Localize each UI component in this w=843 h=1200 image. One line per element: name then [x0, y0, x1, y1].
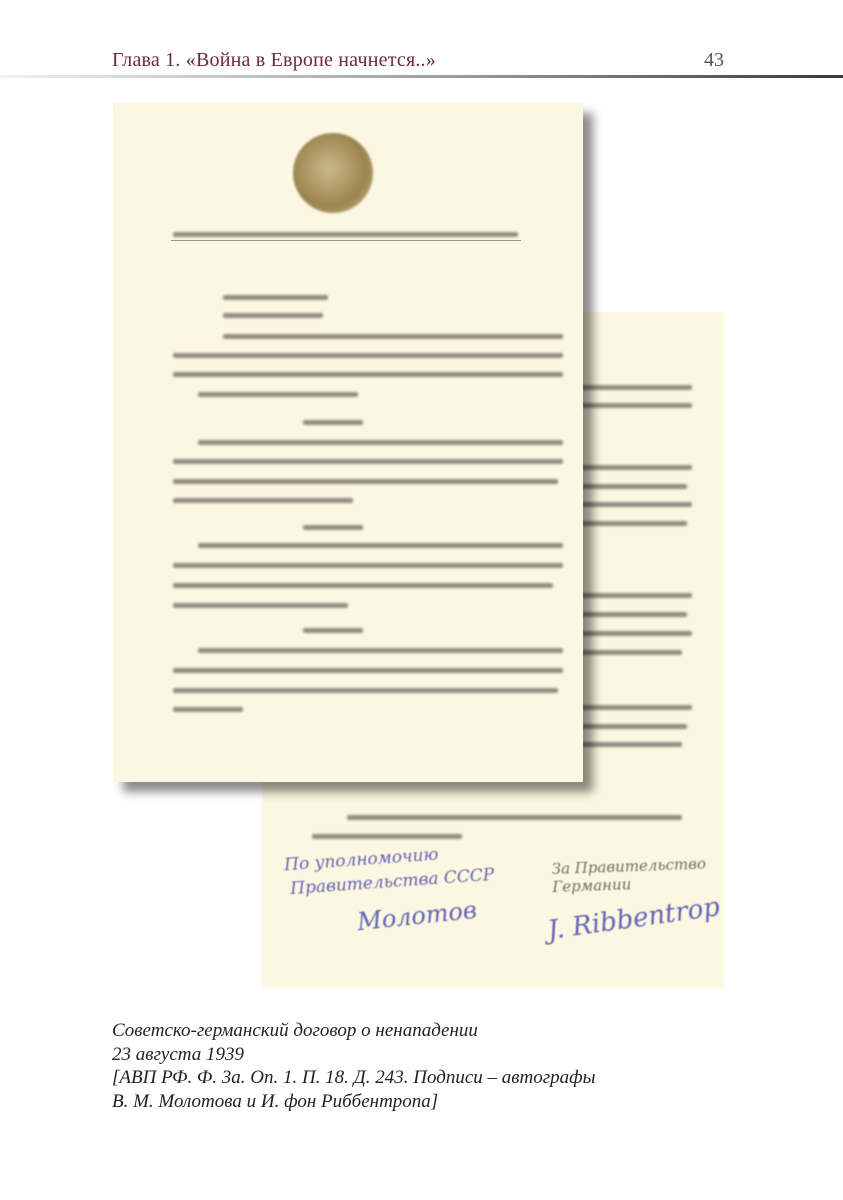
header-rule	[0, 75, 843, 78]
page-number: 43	[704, 49, 724, 72]
caption-line: [АВП РФ. Ф. 3а. Оп. 1. П. 18. Д. 243. По…	[112, 1066, 596, 1090]
signature-ribbentrop-note: За Правительство Германии	[551, 854, 724, 896]
caption-line: 23 августа 1939	[112, 1043, 596, 1067]
caption-line: В. М. Молотова и И. фон Риббентропа]	[112, 1090, 596, 1114]
ussr-emblem-icon	[293, 133, 373, 213]
signature-ribbentrop: J. Ribbentrop	[546, 892, 722, 946]
treaty-page-1	[113, 103, 583, 782]
signature-molotov: Молотов	[356, 896, 478, 936]
caption-line: Советско-германский договор о ненападени…	[112, 1019, 596, 1043]
chapter-title: Глава 1. «Война в Европе начнется..»	[112, 49, 436, 72]
figure-caption: Советско-германский договор о ненападени…	[112, 1019, 596, 1113]
